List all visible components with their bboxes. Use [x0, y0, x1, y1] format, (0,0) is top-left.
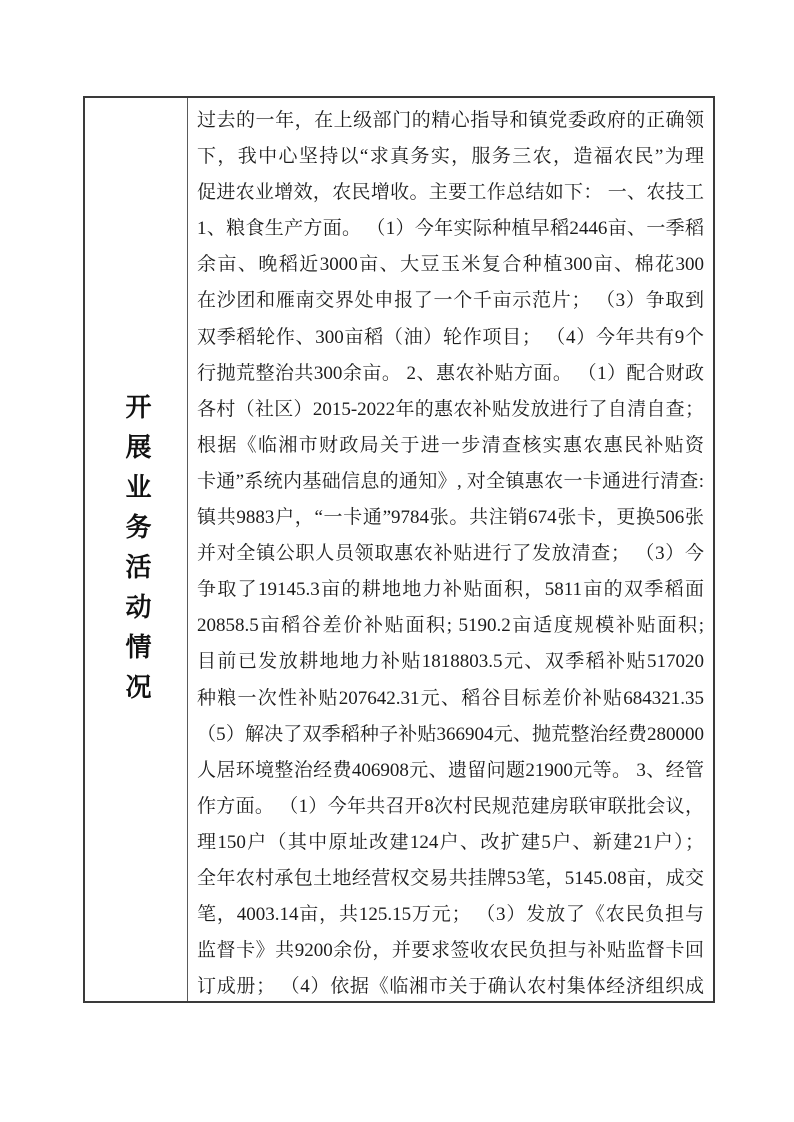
text-line: （5）解决了双季稻种子补贴366904元、抛荒整治经费280000元、 [197, 717, 704, 753]
text-line: 行抛荒整治共300余亩。 2、惠农补贴方面。 （1）配合财政所对 [197, 356, 704, 392]
text-line: 1、粮食生产方面。 （1）今年实际种植早稻2446亩、一季稻6000 [197, 211, 704, 247]
text-line: 理150户（其中原址改建124户、改扩建5户、新建21户）； （2） [197, 825, 704, 861]
text-line: 各村（社区）2015-2022年的惠农补贴发放进行了自清自查； （2） [197, 392, 704, 428]
row-header-vertical-title: 开展业务活动情况 [123, 387, 149, 713]
text-line: 争取了19145.3亩的耕地地力补贴面积，5811亩的双季稻面积； [197, 572, 704, 608]
text-line: 下，我中心坚持以“求真务实，服务三农，造福农民”为理念， [197, 139, 704, 175]
text-line: 余亩、晚稻近3000亩、大豆玉米复合种植300亩、棉花300亩；（2） [197, 247, 704, 283]
text-line: 在沙团和雁南交界处申报了一个千亩示范片； （3）争取到500亩 [197, 283, 704, 319]
work-summary-content-cell: 过去的一年，在上级部门的精心指导和镇党委政府的正确领导 下，我中心坚持以“求真务… [188, 98, 713, 1001]
text-line: 20858.5亩稻谷差价补贴面积; 5190.2亩适度规模补贴面积; （4） [197, 608, 704, 644]
text-line: 订成册； （4）依据《临湘市关于确认农村集体经济组织成员身 [197, 969, 704, 1001]
text-line: 双季稻轮作、300亩稻（油）轮作项目； （4）今年共有9个村进 [197, 320, 704, 356]
text-line: 卡通”系统内基础信息的通知》, 对全镇惠农一卡通进行清查: 全 [197, 464, 704, 500]
text-line: 人居环境整治经费406908元、遗留问题21900元等。 3、经管工 [197, 753, 704, 789]
text-line: 笔，4003.14亩，共125.15万元； （3）发放了《农民负担与补贴 [197, 897, 704, 933]
text-line: 根据《临湘市财政局关于进一步清查核实惠农惠民补贴资金“一 [197, 428, 704, 464]
text-line: 目前已发放耕地地力补贴1818803.5元、双季稻补贴517020元、 [197, 644, 704, 680]
text-line: 种粮一次性补贴207642.31元、稻谷目标差价补贴684321.35元； [197, 681, 704, 717]
text-line: 过去的一年，在上级部门的精心指导和镇党委政府的正确领导 [197, 103, 704, 139]
row-header-cell: 开展业务活动情况 [85, 98, 188, 1001]
text-line: 促进农业增效，农民增收。主要工作总结如下： 一、农技工作 [197, 175, 704, 211]
text-line: 镇共9883户，“一卡通”9784张。共注销674张卡，更换506张卡。 [197, 500, 704, 536]
document-page: 开展业务活动情况 过去的一年，在上级部门的精心指导和镇党委政府的正确领导 下，我… [0, 0, 794, 1122]
work-summary-table: 开展业务活动情况 过去的一年，在上级部门的精心指导和镇党委政府的正确领导 下，我… [83, 96, 715, 1003]
text-line: 全年农村承包土地经营权交易共挂牌53笔，5145.08亩，成交39 [197, 861, 704, 897]
text-line: 并对全镇公职人员领取惠农补贴进行了发放清查； （3）今年共 [197, 536, 704, 572]
text-line: 监督卡》共9200余份，并要求签收农民负担与补贴监督卡回执装 [197, 933, 704, 969]
text-line: 作方面。 （1）今年共召开8次村民规范建房联审联批会议，共受 [197, 789, 704, 825]
